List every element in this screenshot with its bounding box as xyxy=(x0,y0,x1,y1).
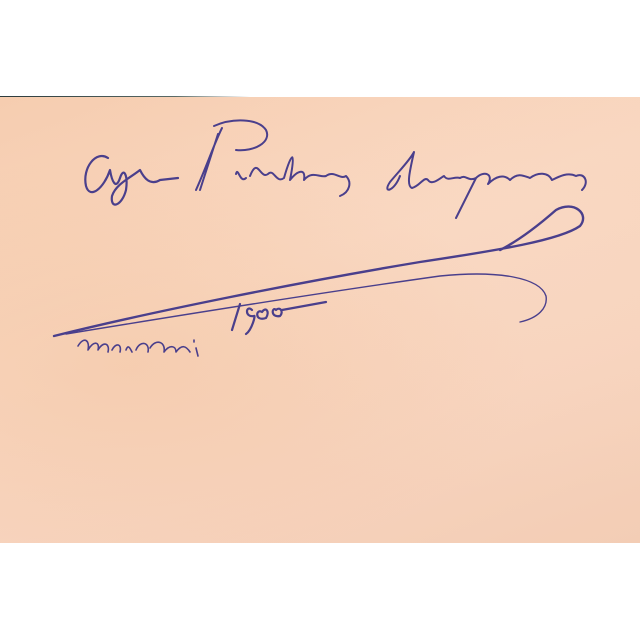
handwriting-ink xyxy=(0,0,640,640)
place-text xyxy=(78,340,198,356)
signature-word-1 xyxy=(85,156,178,205)
signature-word-3 xyxy=(387,152,585,218)
signature-flourish xyxy=(54,207,583,336)
year-text xyxy=(232,302,326,334)
signature-word-2 xyxy=(196,120,349,196)
